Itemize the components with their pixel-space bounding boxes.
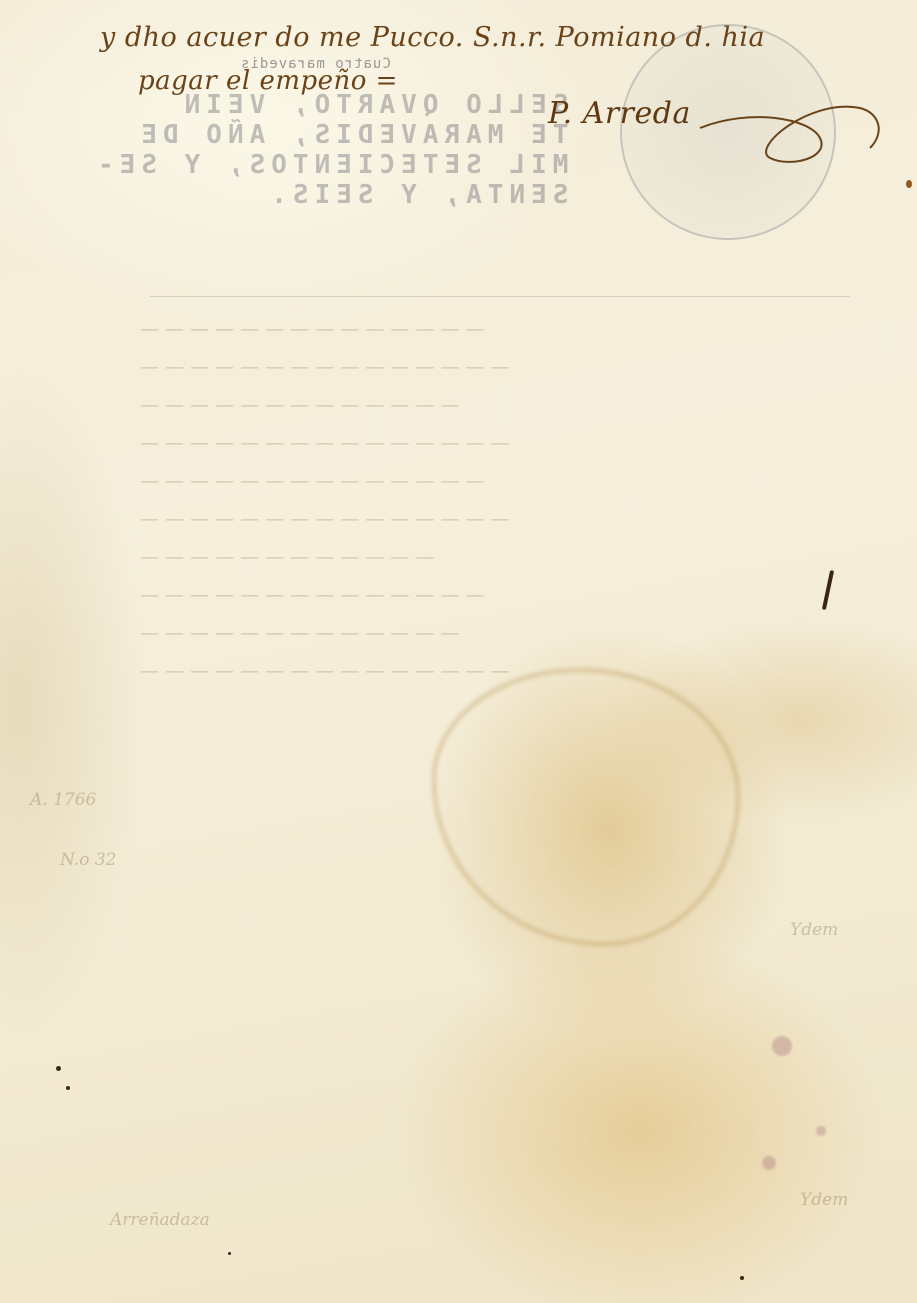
body-line: — — — — — — — — — — — — — —	[140, 462, 840, 500]
right-margin-note: Ydem	[790, 920, 838, 940]
body-line: — — — — — — — — — — — — —	[140, 386, 840, 424]
body-line: — — — — — — — — — — — —	[140, 538, 840, 576]
body-line: — — — — — — — — — — — — — — —	[140, 652, 840, 690]
left-margin-note-2: N.o 32	[60, 850, 116, 870]
water-stain	[432, 668, 740, 946]
printed-stamp-line: TE MARAVEDIS, AÑO DE	[92, 120, 568, 150]
foxing-spot	[816, 1126, 826, 1136]
foxing-spot	[762, 1156, 776, 1170]
printed-stamp-text: SELLO QVARTO, VEIN TE MARAVEDIS, AÑO DE …	[92, 90, 568, 210]
body-line: — — — — — — — — — — — — —	[140, 614, 840, 652]
bottom-left-note: Arreñadaza	[110, 1210, 210, 1230]
ink-speck	[66, 1086, 70, 1090]
handwritten-line-1: y dho acuer do me Pucco. S.n.r. Pomiano …	[100, 22, 765, 53]
body-line: — — — — — — — — — — — — — —	[140, 310, 840, 348]
signature-rubric-icon	[690, 88, 890, 178]
ink-speck	[228, 1252, 231, 1255]
ink-speck	[740, 1276, 744, 1280]
left-margin-note: A. 1766	[30, 790, 96, 810]
horizontal-rule	[150, 296, 850, 297]
body-line: — — — — — — — — — — — — — —	[140, 576, 840, 614]
ink-speck	[906, 180, 912, 188]
faded-body-text: — — — — — — — — — — — — — — — — — — — — …	[140, 310, 840, 690]
printed-stamp-line: MIL SETECIENTOS, Y SE-	[92, 150, 568, 180]
body-line: — — — — — — — — — — — — — — —	[140, 424, 840, 462]
foxing-spot	[772, 1036, 792, 1056]
printed-stamp-line: SENTA, Y SEIS.	[92, 180, 568, 210]
ink-speck	[56, 1066, 61, 1071]
manuscript-page: Cuatro maravedis SELLO QVARTO, VEIN TE M…	[0, 0, 917, 1303]
body-line: — — — — — — — — — — — — — — —	[140, 348, 840, 386]
signature: P. Arreda	[548, 96, 691, 131]
handwritten-line-2: pagar el empeño =	[138, 66, 398, 96]
body-line: — — — — — — — — — — — — — — —	[140, 500, 840, 538]
bottom-right-note: Ydem	[800, 1190, 848, 1210]
